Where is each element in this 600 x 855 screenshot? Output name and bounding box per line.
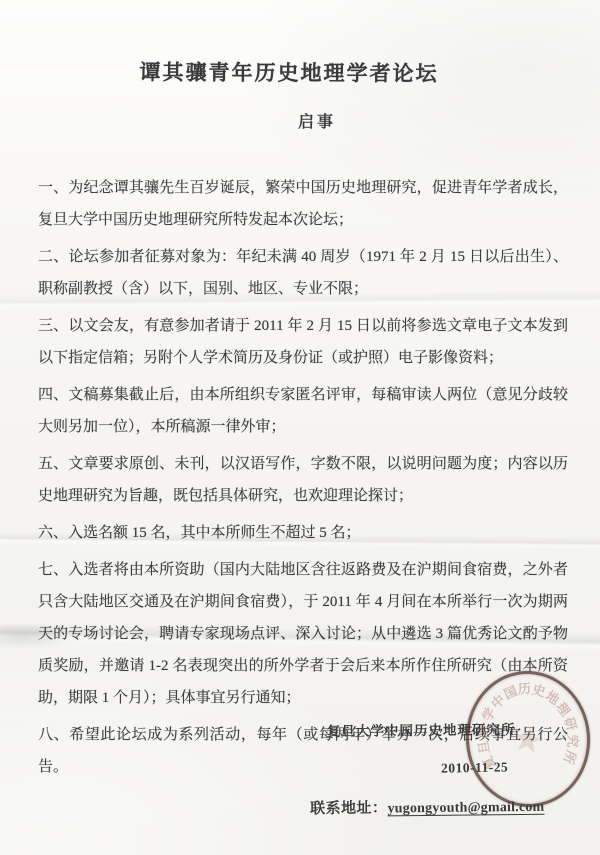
paragraph-6: 六、入选名额 15 名，其中本所师生不超过 5 名； (38, 517, 568, 549)
page-title: 谭其骧青年历史地理学者论坛 (0, 55, 578, 88)
document-body: 一、为纪念谭其骧先生百岁诞辰，繁荣中国历史地理研究，促进青年学者成长，复旦大学中… (38, 172, 568, 788)
document-date: 2010-11-25 (441, 759, 509, 776)
signature-organization: 复旦大学中国历史地理研究所 (326, 718, 515, 740)
scanned-document-page: 谭其骧青年历史地理学者论坛 启事 一、为纪念谭其骧先生百岁诞辰，繁荣中国历史地理… (0, 0, 600, 855)
paragraph-3: 三、以文会友，有意参加者请于 2011 年 2 月 15 日以前将参选文章电子文… (38, 310, 568, 374)
paragraph-2: 二、论坛参加者征募对象为：年纪未满 40 周岁（1971 年 2 月 15 日以… (38, 241, 568, 305)
paragraph-1: 一、为纪念谭其骧先生百岁诞辰，繁荣中国历史地理研究，促进青年学者成长，复旦大学中… (38, 172, 568, 236)
contact-label: 联系地址： (310, 800, 388, 817)
contact-email: yugongyouth@gmail.com (387, 800, 544, 817)
contact-line: 联系地址：yugongyouth@gmail.com (310, 795, 545, 818)
document-subtitle: 启事 (34, 109, 600, 132)
paragraph-4: 四、文稿募集截止后，由本所组织专家匿名评审，每稿审读人两位（意见分歧较大则另加一… (38, 379, 568, 443)
paragraph-5: 五、文章要求原创、未刊，以汉语写作，字数不限，以说明问题为度；内容以历史地理研究… (38, 448, 568, 512)
paragraph-7: 七、入选者将由本所资助（国内大陆地区含往返路费及在沪期间食宿费，之外者只含大陆地… (38, 554, 568, 714)
